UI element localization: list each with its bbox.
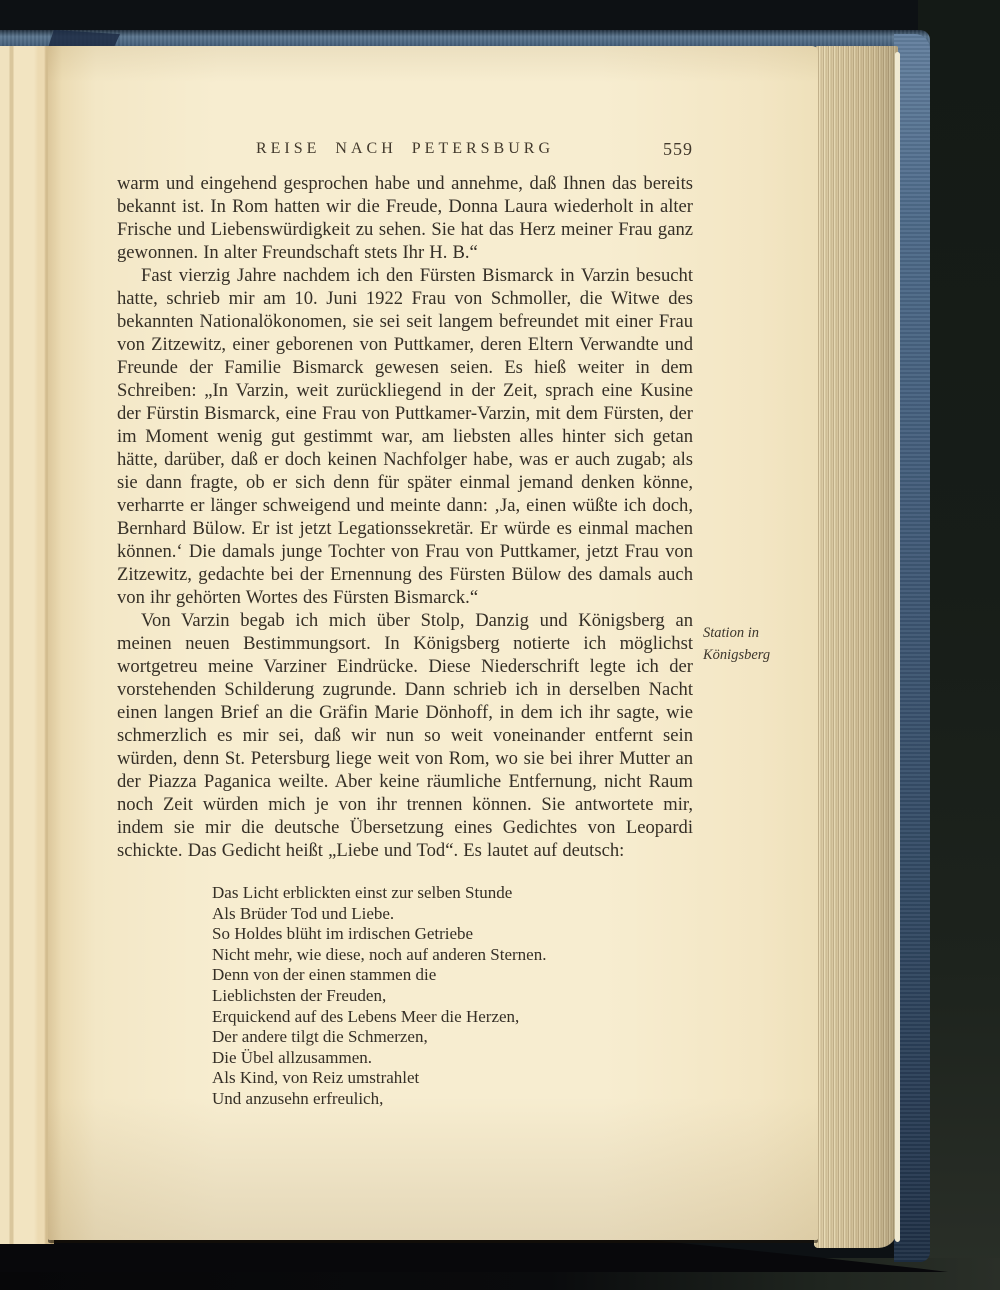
background-surface-right [918,0,1000,1290]
poem: Das Licht erblickten einst zur selben St… [212,883,693,1110]
poem-line: Als Kind, von Reiz umstrahlet [212,1068,693,1089]
page-edge-stack [814,46,898,1248]
running-header-title: REISE NACH PETERSBURG [117,140,693,158]
poem-line: Lieblichsten der Freuden, [212,986,693,1007]
poem-line: Und anzusehn erfreulich, [212,1089,693,1110]
paragraph: Fast vierzig Jahre nachdem ich den Fürst… [117,264,693,609]
poem-line: Die Übel allzusammen. [212,1048,693,1069]
running-header: REISE NACH PETERSBURG 559 [117,140,693,164]
poem-line: Denn von der einen stammen die [212,965,693,986]
book-page: REISE NACH PETERSBURG 559 warm und einge… [48,46,818,1240]
poem-line: Als Brüder Tod und Liebe. [212,904,693,925]
paragraph: Von Varzin begab ich mich über Stolp, Da… [117,609,693,862]
poem-line: Der andere tilgt die Schmerzen, [212,1027,693,1048]
margin-note-line: Königsberg [703,644,813,666]
poem-line: So Holdes blüht im irdischen Getriebe [212,924,693,945]
poem-line: Nicht mehr, wie diese, noch auf anderen … [212,945,693,966]
page-number: 559 [663,139,693,160]
left-page-gutter [0,46,54,1244]
margin-note-line: Station in [703,622,813,644]
photograph-of-open-book: REISE NACH PETERSBURG 559 warm und einge… [0,0,1000,1290]
paragraph: warm und eingehend gesprochen habe und a… [117,172,693,264]
poem-line: Erquickend auf des Lebens Meer die Herze… [212,1007,693,1028]
poem-line: Das Licht erblickten einst zur selben St… [212,883,693,904]
margin-note: Station in Königsberg [703,622,813,666]
body-text: warm und eingehend gesprochen habe und a… [117,172,693,862]
text-column: warm und eingehend gesprochen habe und a… [117,172,693,1110]
